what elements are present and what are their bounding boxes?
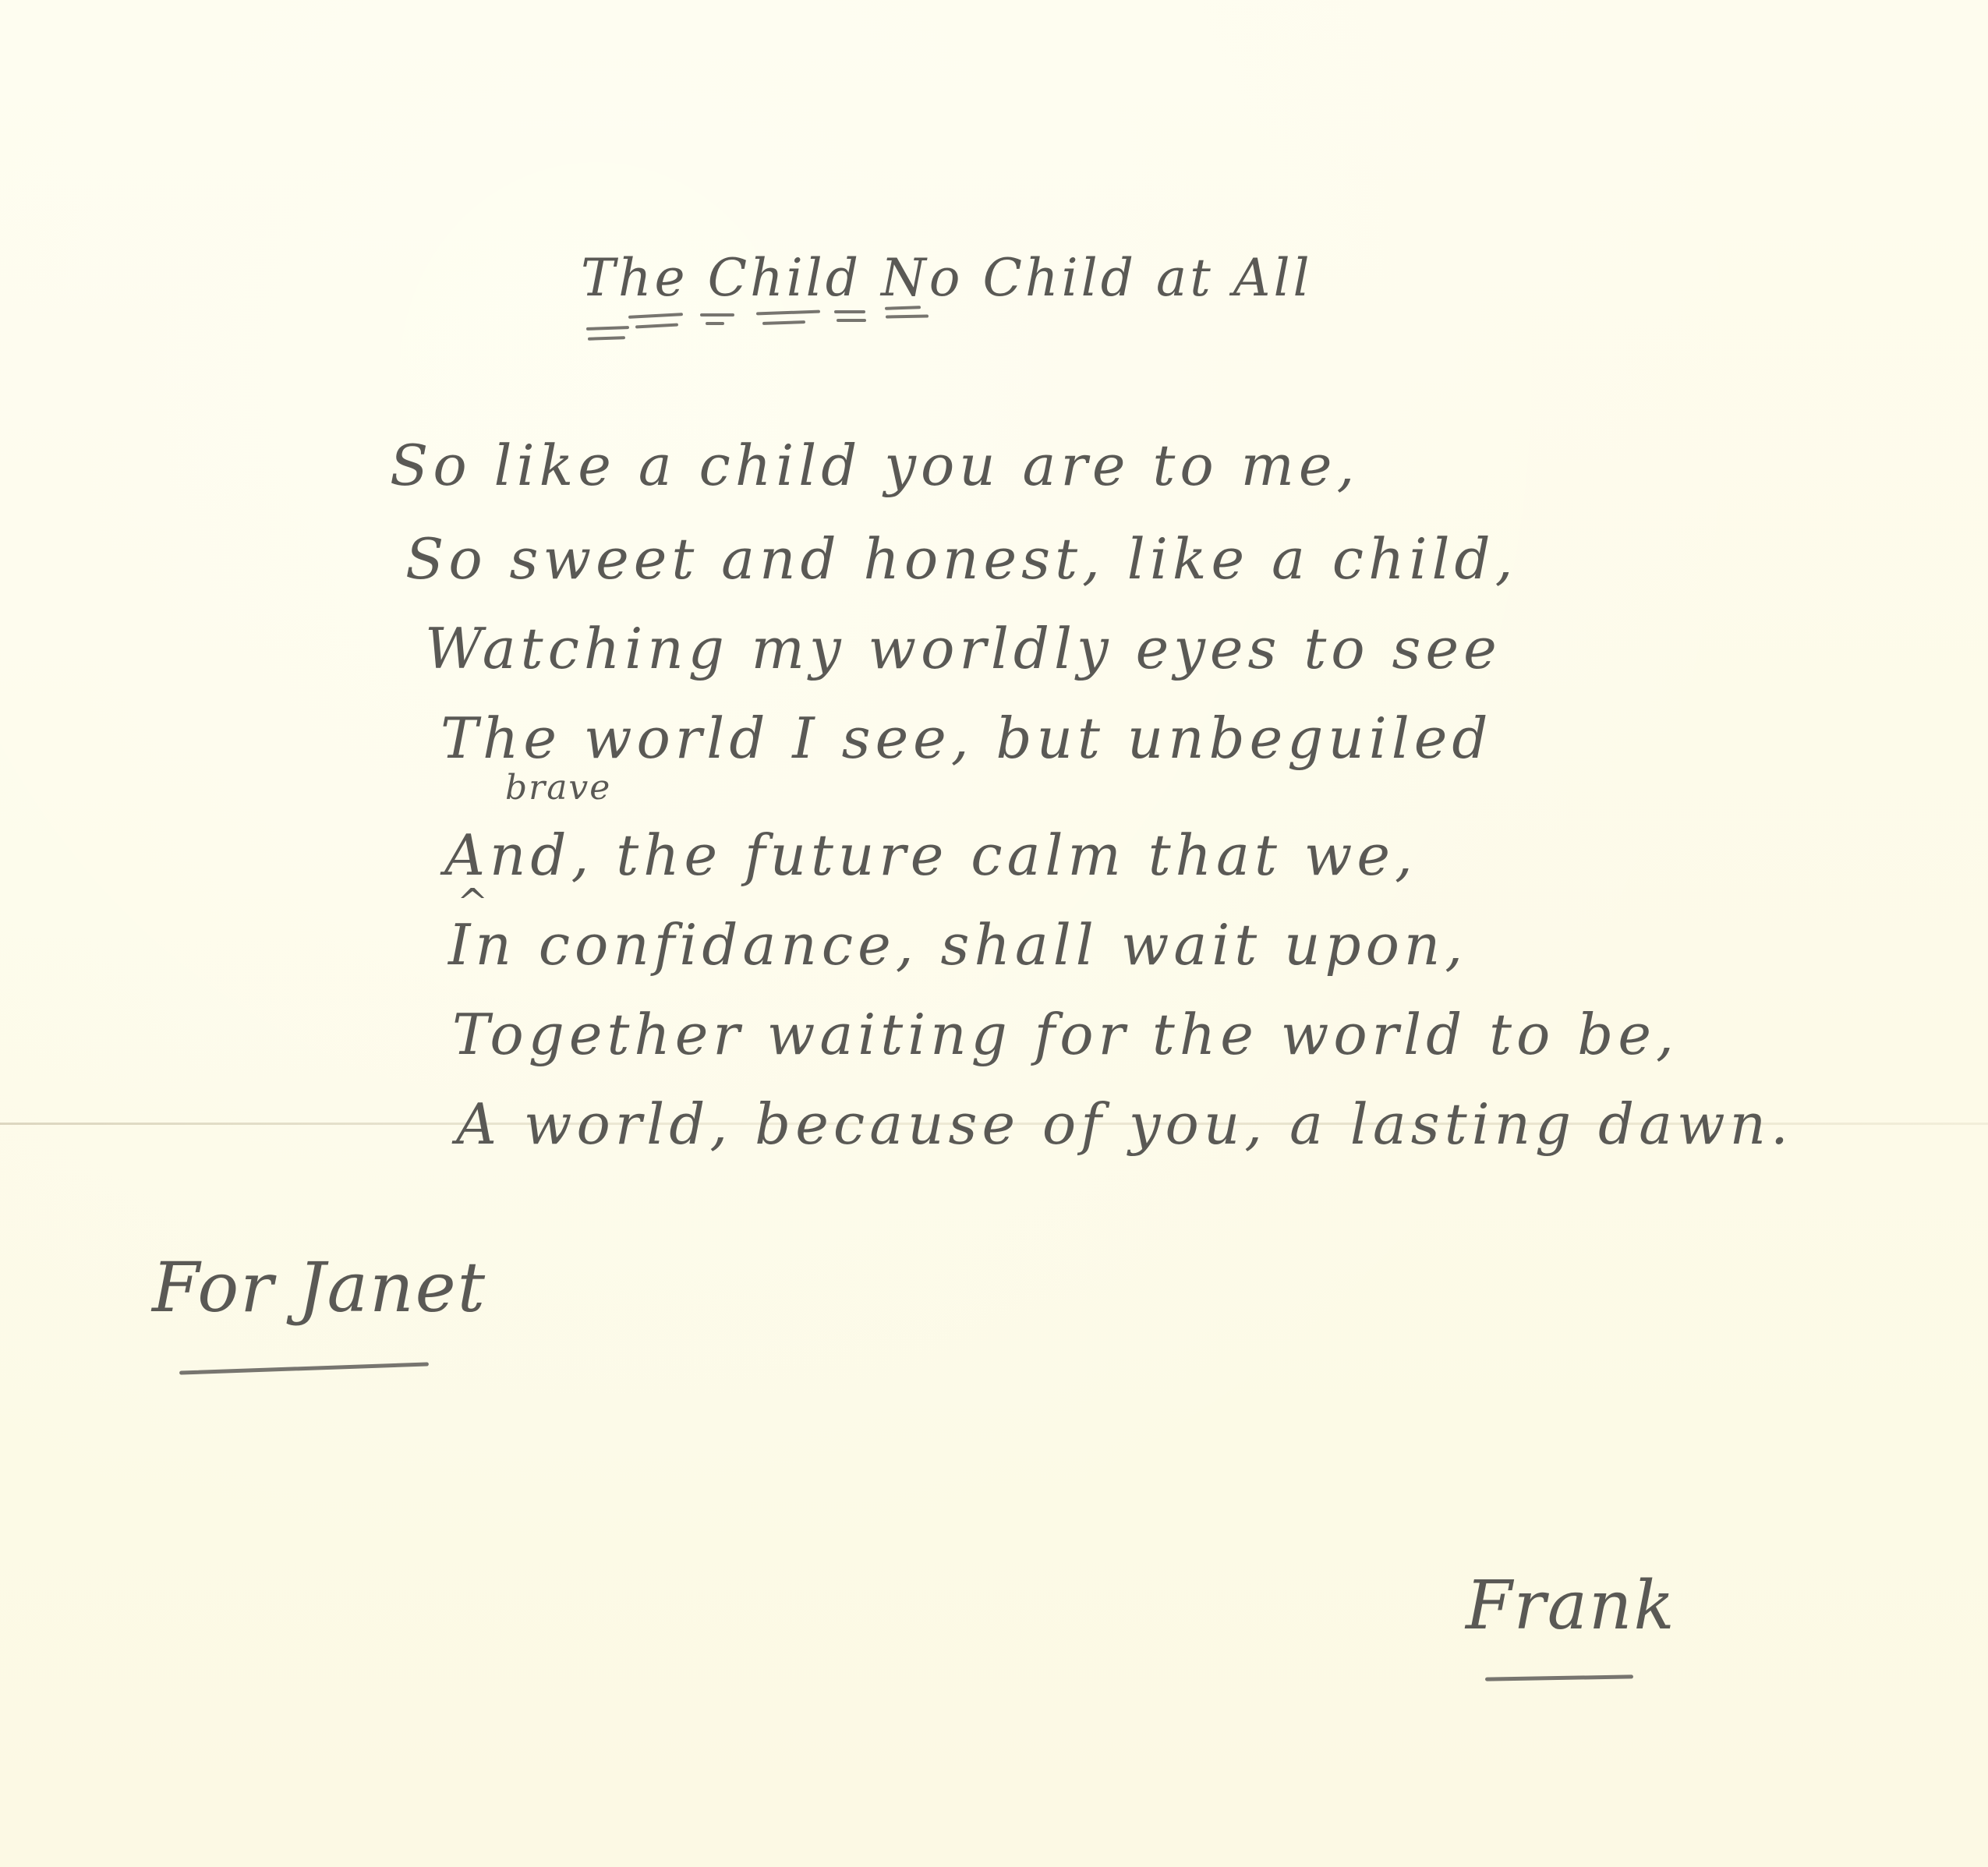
poem-line-8: A world, because of you, a lasting dawn. bbox=[456, 1091, 1793, 1157]
poem-line-1: So like a child you are to me, bbox=[390, 433, 1359, 498]
poem-line-4: The world I see, but unbeguiled bbox=[440, 705, 1493, 771]
poem-line-7: Together waiting for the world to be, bbox=[452, 1002, 1678, 1067]
insertion-word: brave bbox=[505, 768, 611, 808]
poem-line-5: And, the future calm that we, bbox=[444, 822, 1417, 888]
poem-line-6: In confidance, shall wait upon, bbox=[448, 912, 1467, 978]
signature: Frank bbox=[1466, 1567, 1676, 1645]
poem-line-2: So sweet and honest, like a child, bbox=[405, 526, 1518, 592]
title-underline bbox=[700, 313, 734, 316]
poem-title: The Child No Child at All bbox=[581, 248, 1313, 308]
dedication: For Janet bbox=[152, 1247, 486, 1328]
poem-line-3: Watching my worldly eyes to see bbox=[425, 616, 1502, 681]
title-underline bbox=[837, 319, 866, 322]
title-underline bbox=[834, 310, 865, 313]
title-underline bbox=[706, 322, 724, 325]
